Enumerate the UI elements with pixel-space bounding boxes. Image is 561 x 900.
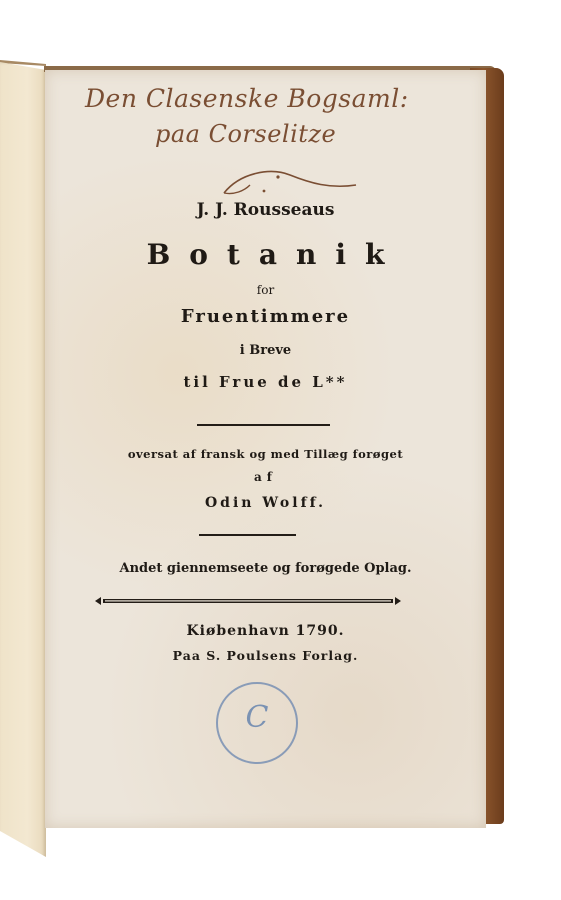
book-title: Botanik	[45, 238, 486, 271]
left-flyleaf	[0, 62, 46, 857]
author-line: J. J. Rousseaus	[45, 200, 486, 220]
publisher-line: Paa S. Poulsens Forlag.	[45, 648, 486, 663]
by-line: af	[45, 470, 486, 484]
place-year: Kiøbenhavn 1790.	[45, 623, 486, 639]
for-line: for	[45, 283, 486, 297]
book-photo: Den Clasenske Bogsaml: paa Corselitze J.…	[0, 0, 561, 900]
title-page: Den Clasenske Bogsaml: paa Corselitze J.…	[45, 70, 486, 828]
stamp-monogram: C	[218, 700, 296, 735]
addressee-line: til Frue de L**	[45, 373, 486, 391]
inscription-line-1: Den Clasenske Bogsaml:	[85, 84, 409, 113]
translation-note: oversat af fransk og med Tillæg forøget	[45, 447, 486, 461]
handwritten-flourish-icon	[220, 165, 360, 199]
audience-line: Fruentimmere	[45, 306, 486, 327]
translator-name: Odin Wolff.	[45, 495, 486, 511]
edition-line: Andet giennemseete og forøgede Oplag.	[45, 561, 486, 576]
form-line: i Breve	[45, 343, 486, 358]
divider-rule	[199, 534, 296, 536]
inscription-line-2: paa Corselitze	[155, 120, 336, 148]
ornamental-rule-icon	[93, 595, 403, 607]
library-stamp-icon: C	[216, 682, 298, 764]
divider-rule	[197, 424, 330, 426]
